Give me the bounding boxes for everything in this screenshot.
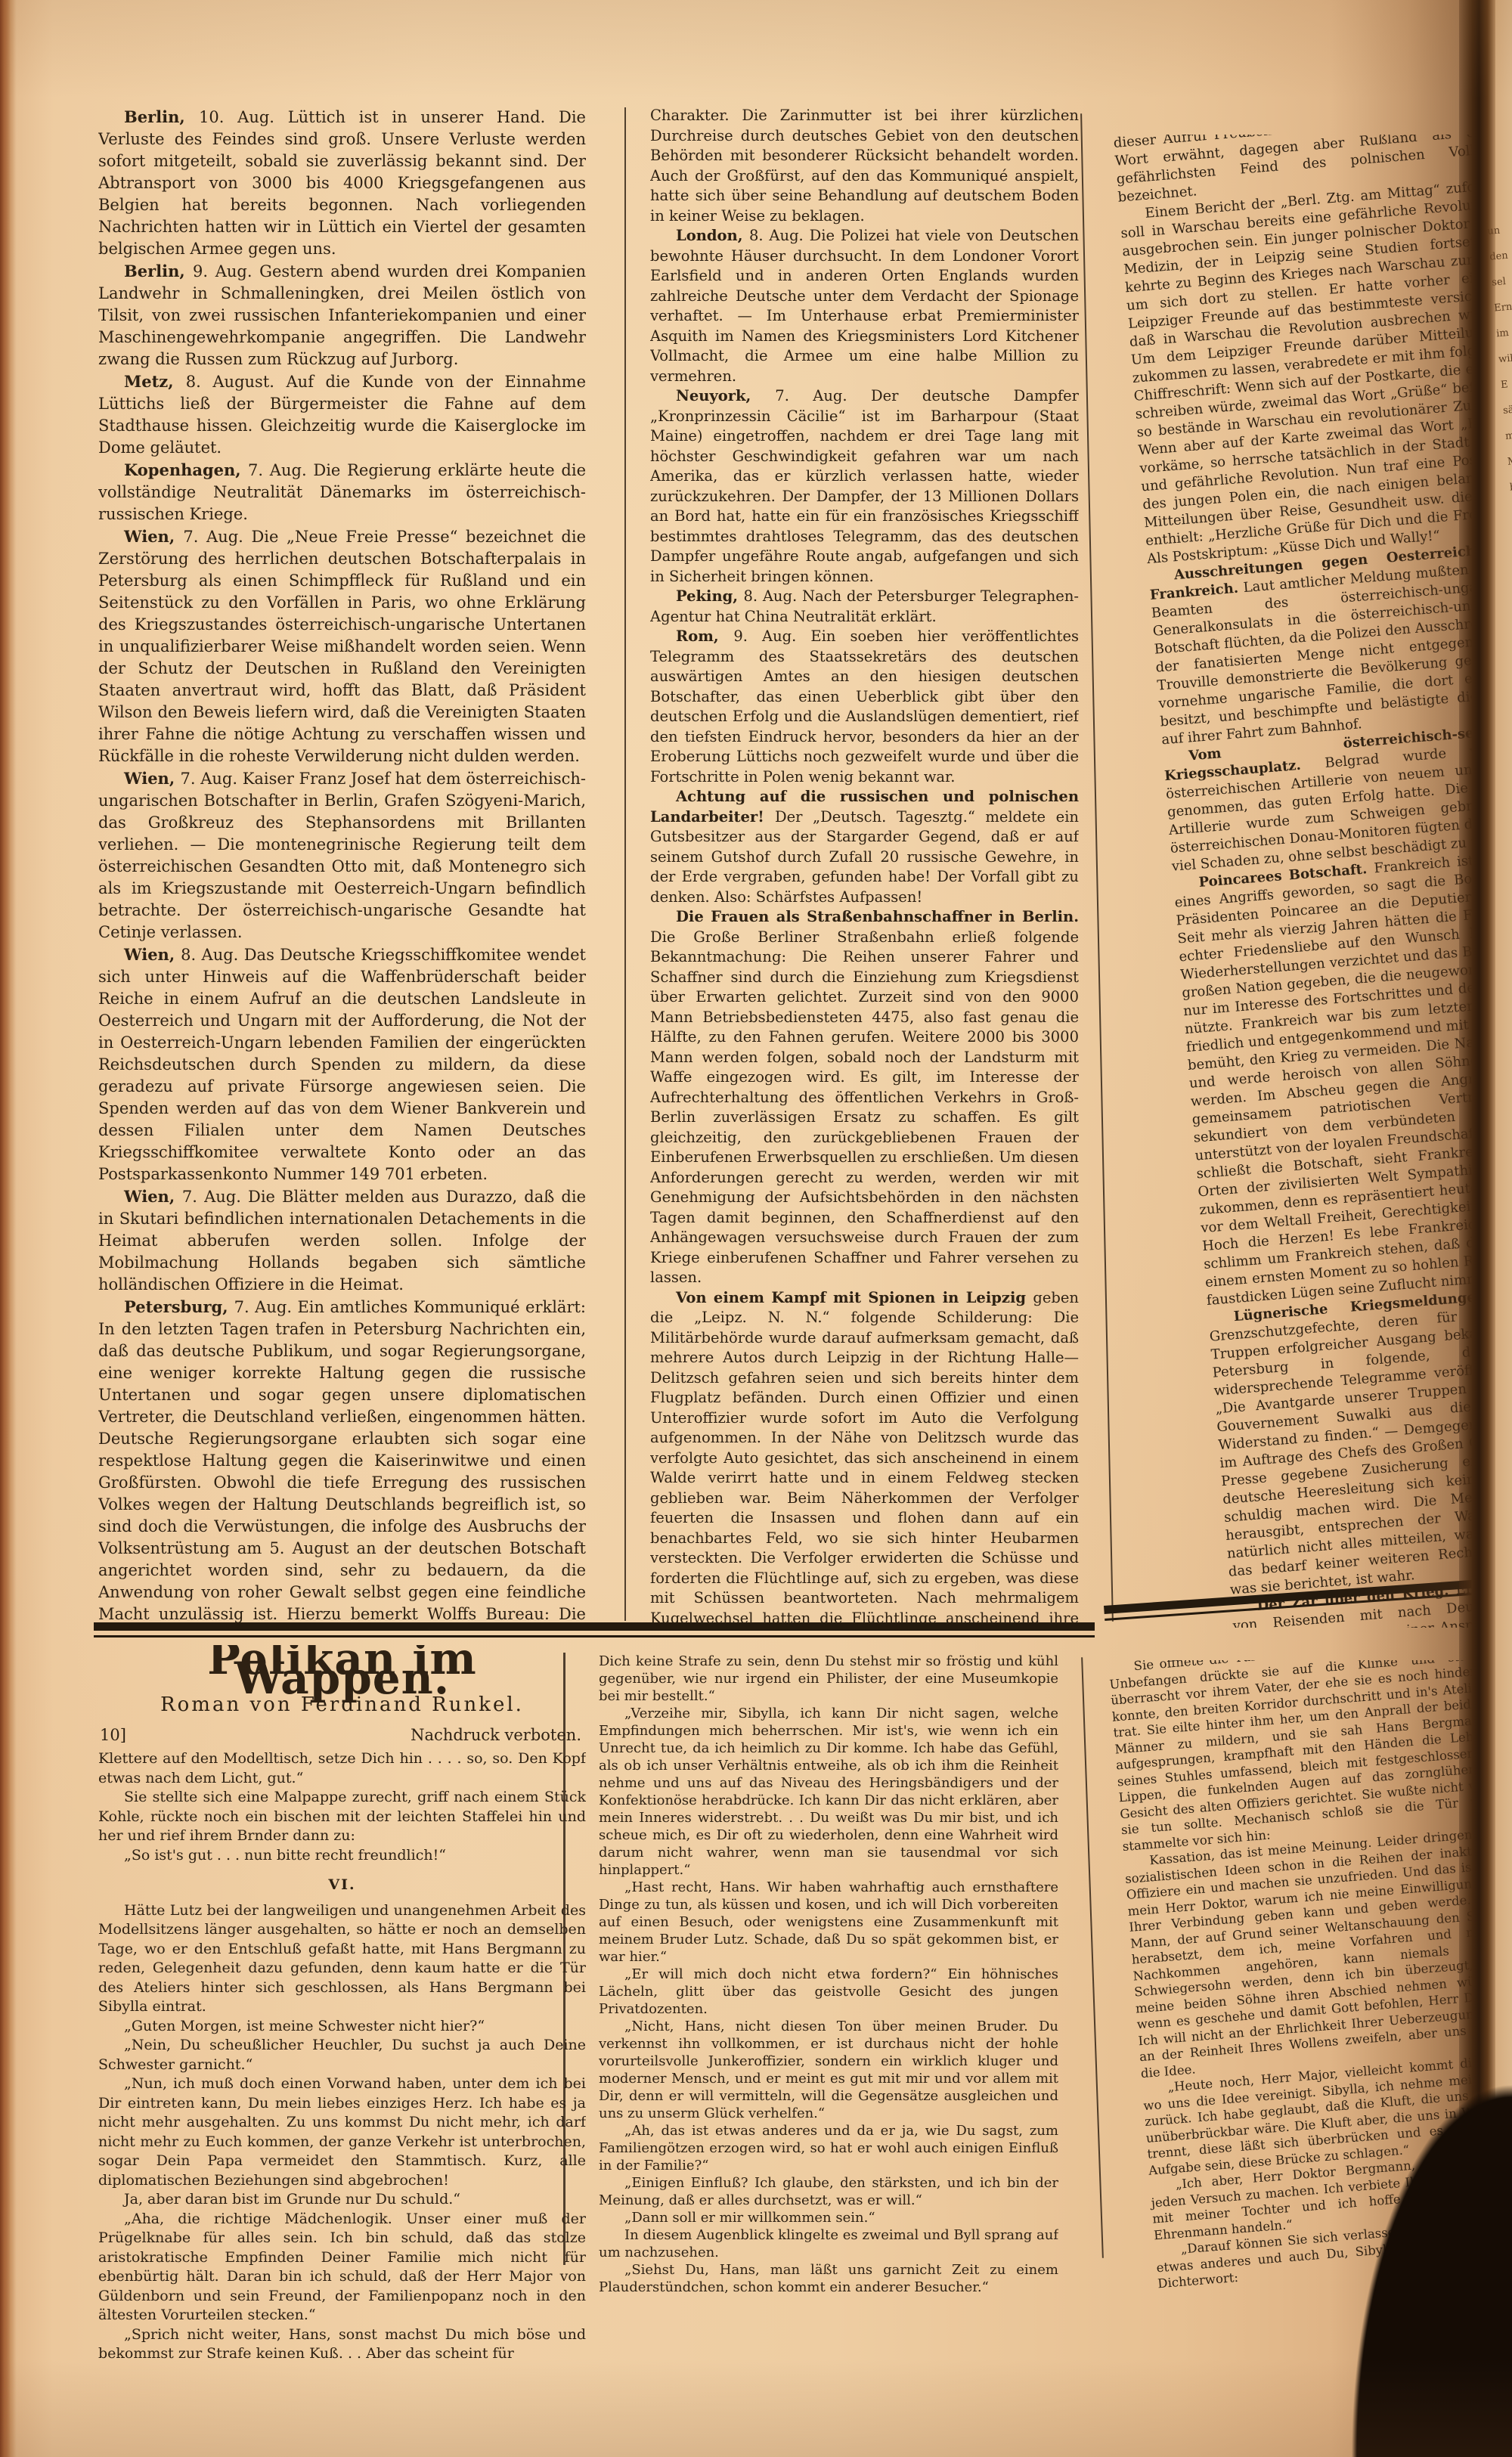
news-paragraph: Wien, 8. Aug. Das Deutsche Kriegsschiffk… (98, 943, 586, 1185)
novel-paragraph: „So ist's gut . . . nun bitte recht freu… (98, 1846, 586, 1866)
news-paragraph: Metz, 8. August. Auf die Kunde von der E… (98, 370, 586, 459)
feuilleton-title: Pelikan im Wappen. (98, 1650, 586, 1688)
news-paragraph: Petersburg, 7. Aug. Ein amtliches Kommun… (98, 1296, 586, 1625)
paragraph-lead: Wien, (124, 945, 181, 964)
news-paragraph: Wien, 7. Aug. Kaiser Franz Josef hat dem… (98, 767, 586, 943)
column-divider (624, 107, 626, 1621)
novel-paragraph: „Dann soll er mir willkommen sein.“ (599, 2209, 1058, 2226)
news-paragraph: Poincarees Botschaft. Frankreich ist das… (1173, 846, 1491, 1310)
paragraph-text: „Dann soll er mir willkommen sein.“ (624, 2210, 875, 2226)
paragraph-text: „Guten Morgen, ist meine Schwester nicht… (124, 2018, 485, 2034)
paragraph-text: „Er will mich doch nicht etwa fordern?“ … (599, 1966, 1058, 2017)
column-divider (1081, 1657, 1104, 2258)
novel-paragraph: In diesem Augenblick klingelte es zweima… (599, 2226, 1058, 2261)
paragraph-text: „Einigen Einfluß? Ich glaube, den stärks… (599, 2175, 1058, 2208)
paragraph-lead: Berlin, (124, 107, 199, 126)
novel-paragraph: Sie stellte sich eine Malpappe zurecht, … (98, 1788, 586, 1846)
novel-paragraph: Ja, aber daran bist im Grunde nur Du sch… (98, 2190, 586, 2210)
paragraph-lead: Von einem Kampf mit Spionen in Leipzig (676, 1289, 1033, 1306)
paragraph-text: „Siehst Du, Hans, man läßt uns garnicht … (599, 2262, 1058, 2295)
news-paragraph: Berlin, 10. Aug. Lüttich ist in unserer … (98, 106, 586, 260)
news-column-1: Berlin, 10. Aug. Lüttich ist in unserer … (98, 106, 586, 1625)
paragraph-text: „Nicht, Hans, nicht diesen Ton über mein… (599, 2019, 1058, 2121)
news-paragraph: Ausschreitungen gegen Oesterreicher in F… (1148, 538, 1491, 749)
left-page-edge (0, 0, 15, 2457)
paragraph-text: „Ah, das ist etwas anderes und da er ja,… (599, 2123, 1058, 2173)
novel-paragraph: Sie öffnete die Tür und trat auf den Kor… (1108, 1660, 1482, 1854)
novel-paragraph: Klettere auf den Modelltisch, setze Dich… (98, 1749, 586, 1788)
news-paragraph: Wien, 7. Aug. Die Blätter melden aus Dur… (98, 1185, 586, 1296)
news-column-3-tilted-text: dieser Aufruf Preußen oder Deutschland m… (1113, 135, 1491, 1628)
paragraph-text: „Nun, ich muß doch einen Vorwand haben, … (98, 2075, 586, 2189)
news-paragraph: Rom, 9. Aug. Ein soeben hier veröffentli… (650, 627, 1079, 787)
copyright-notice: Nachdruck verboten. (411, 1726, 581, 1746)
paragraph-text: Sie stellte sich eine Malpappe zurecht, … (98, 1789, 586, 1844)
paragraph-text: „So ist's gut . . . nun bitte recht freu… (124, 1847, 446, 1864)
paragraph-text: 7. Aug. Der deutsche Dampfer „Kronprinze… (650, 387, 1079, 585)
novel-paragraph: „Er will mich doch nicht etwa fordern?“ … (599, 1966, 1058, 2018)
paragraph-text: 7. Aug. Kaiser Franz Josef hat dem öster… (98, 770, 586, 941)
paragraph-lead: Rom, (676, 627, 733, 645)
paragraph-text: „Sprich nicht weiter, Hans, sonst machst… (98, 2326, 586, 2362)
paragraph-lead: Berlin, (124, 262, 193, 280)
feuilleton-column-1-text: Klettere auf den Modelltisch, setze Dich… (98, 1749, 586, 2364)
feuilleton-author: Roman von Ferdinand Runkel. (98, 1696, 586, 1715)
news-paragraph: Kopenhagen, 7. Aug. Die Regierung erklär… (98, 459, 586, 525)
news-paragraph: Lügnerische Kriegsmeldungen Rußlands. Gr… (1207, 1280, 1491, 1600)
novel-paragraph: „Einigen Einfluß? Ich glaube, den stärks… (599, 2174, 1058, 2209)
novel-paragraph: „Guten Morgen, ist meine Schwester nicht… (98, 2017, 586, 2037)
paragraph-text: Klettere auf den Modelltisch, setze Dich… (98, 1750, 586, 1786)
paragraph-text: Ja, aber daran bist im Grunde nur Du sch… (124, 2191, 460, 2208)
paragraph-text: Sie öffnete die Tür und trat auf den Kor… (1109, 1660, 1482, 1854)
paragraph-text: Einem Bericht der „Berl. Ztg. am Mittag“… (1120, 178, 1491, 568)
novel-paragraph: „Nicht, Hans, nicht diesen Ton über mein… (599, 2018, 1058, 2122)
paragraph-text: 7. Aug. Ein amtliches Kommuniqué erklärt… (98, 1298, 586, 1625)
novel-paragraph: „Hast recht, Hans. Wir haben wahrhaftig … (599, 1879, 1058, 1966)
paragraph-text: Die Große Berliner Straßenbahn erließ fo… (650, 928, 1079, 1287)
paragraph-text: Grenzschutzgefechte, deren für die deuts… (1209, 1299, 1491, 1598)
novel-paragraph: VI. (98, 1876, 586, 1895)
novel-paragraph: Kassation, das ist meine Meinung. Leider… (1123, 1824, 1482, 2081)
paragraph-text: „Aha, die richtige Mädchenlogik. Unser e… (98, 2211, 586, 2324)
paragraph-lead: Die Frauen als Straßenbahnschaffner in B… (676, 908, 1079, 925)
newspaper-page: Berlin, 10. Aug. Lüttich ist in unserer … (0, 0, 1512, 2457)
news-column-3: dieser Aufruf Preußen oder Deutschland m… (1113, 135, 1491, 1628)
paragraph-lead: Kopenhagen, (124, 460, 248, 479)
novel-paragraph: Hätte Lutz bei der langweiligen und unan… (98, 1901, 586, 2017)
paragraph-text: Kassation, das ist meine Meinung. Leider… (1124, 1825, 1482, 2080)
column-divider (1080, 113, 1114, 1622)
paragraph-text: Dich keine Strafe zu sein, denn Du stehs… (599, 1653, 1058, 1704)
novel-paragraph: „Aha, die richtige Mädchenlogik. Unser e… (98, 2210, 586, 2325)
novel-paragraph: „Sprich nicht weiter, Hans, sonst machst… (98, 2325, 586, 2364)
paragraph-text: In diesem Augenblick klingelte es zweima… (599, 2227, 1058, 2260)
paragraph-lead: Wien, (124, 769, 180, 788)
paragraph-text: 7. Aug. Die „Neue Freie Presse“ bezeichn… (98, 528, 586, 765)
novel-paragraph: „Verzeihe mir, Sibylla, ich kann Dir nic… (599, 1705, 1058, 1879)
paragraph-text: „Hast recht, Hans. Wir haben wahrhaftig … (599, 1879, 1058, 1965)
paragraph-lead: Metz, (124, 372, 186, 391)
news-paragraph: Die Frauen als Straßenbahnschaffner in B… (650, 907, 1079, 1288)
news-paragraph: London, 8. Aug. Die Polizei hat viele vo… (650, 226, 1079, 386)
paragraph-text: Hätte Lutz bei der langweiligen und unan… (98, 1902, 586, 2015)
paragraph-text: 10. Aug. Lüttich ist in unserer Hand. Di… (98, 108, 586, 258)
news-paragraph: Berlin, 9. Aug. Gestern abend wurden dre… (98, 260, 586, 370)
novel-paragraph: Dich keine Strafe zu sein, denn Du stehs… (599, 1653, 1058, 1705)
feuilleton-column-3: Sie öffnete die Tür und trat auf den Kor… (1108, 1660, 1482, 2450)
news-paragraph: Einem Bericht der „Berl. Ztg. am Mittag“… (1119, 177, 1491, 569)
news-paragraph: Von einem Kampf mit Spionen in Leipzig g… (650, 1288, 1079, 1626)
paragraph-text: geben die „Leipz. N. N.“ folgende Schild… (650, 1289, 1079, 1626)
feuilleton-credits-row: 10] Nachdruck verboten. (100, 1726, 581, 1746)
feuilleton-separator-rule (94, 1622, 1095, 1637)
news-paragraph: Peking, 8. Aug. Nach der Petersburger Te… (650, 587, 1079, 627)
paragraph-text: Charakter. Die Zarinmutter ist bei ihrer… (650, 107, 1079, 225)
news-paragraph: Wien, 7. Aug. Die „Neue Freie Presse“ be… (98, 525, 586, 767)
paragraph-text: VI. (328, 1876, 355, 1893)
paragraph-lead: Wien, (124, 1187, 182, 1206)
feuilleton-column-2: Dich keine Strafe zu sein, denn Du stehs… (599, 1653, 1058, 2452)
paragraph-lead: Petersburg, (124, 1297, 234, 1316)
feuilleton-column-3-tilted-text: Sie öffnete die Tür und trat auf den Kor… (1108, 1660, 1482, 2292)
paragraph-text: 9. Aug. Ein soeben hier veröffentlichtes… (650, 627, 1079, 785)
paragraph-text: Frankreich ist das Opfer eines Angriffs … (1174, 847, 1491, 1309)
installment-number: 10] (100, 1726, 126, 1746)
paragraph-text: 8. Aug. Die Polizei hat viele von Deutsc… (650, 227, 1079, 385)
novel-paragraph: „Nein, Du scheußlicher Heuchler, Du such… (98, 2036, 586, 2074)
novel-paragraph: „Ah, das ist etwas anderes und da er ja,… (599, 2122, 1058, 2174)
paragraph-text: „Verzeihe mir, Sibylla, ich kann Dir nic… (599, 1706, 1058, 1878)
novel-paragraph: „Nun, ich muß doch einen Vorwand haben, … (98, 2074, 586, 2190)
paragraph-text: 8. Aug. Das Deutsche Kriegsschiffkomitee… (98, 946, 586, 1183)
paragraph-lead: Peking, (676, 587, 743, 605)
news-paragraph: Charakter. Die Zarinmutter ist bei ihrer… (650, 106, 1079, 226)
news-paragraph: Achtung auf die russischen und polnische… (650, 787, 1079, 907)
paragraph-lead: London, (676, 227, 749, 244)
paragraph-lead: Wien, (124, 527, 183, 546)
news-column-2: Charakter. Die Zarinmutter ist bei ihrer… (650, 106, 1079, 1625)
feuilleton-column-1: Pelikan im Wappen. Roman von Ferdinand R… (98, 1645, 586, 2450)
novel-paragraph: „Siehst Du, Hans, man läßt uns garnicht … (599, 2261, 1058, 2296)
news-paragraph: Neuyork, 7. Aug. Der deutsche Dampfer „K… (650, 386, 1079, 587)
paragraph-text: „Nein, Du scheußlicher Heuchler, Du such… (98, 2037, 586, 2073)
paragraph-lead: Neuyork, (676, 387, 775, 404)
